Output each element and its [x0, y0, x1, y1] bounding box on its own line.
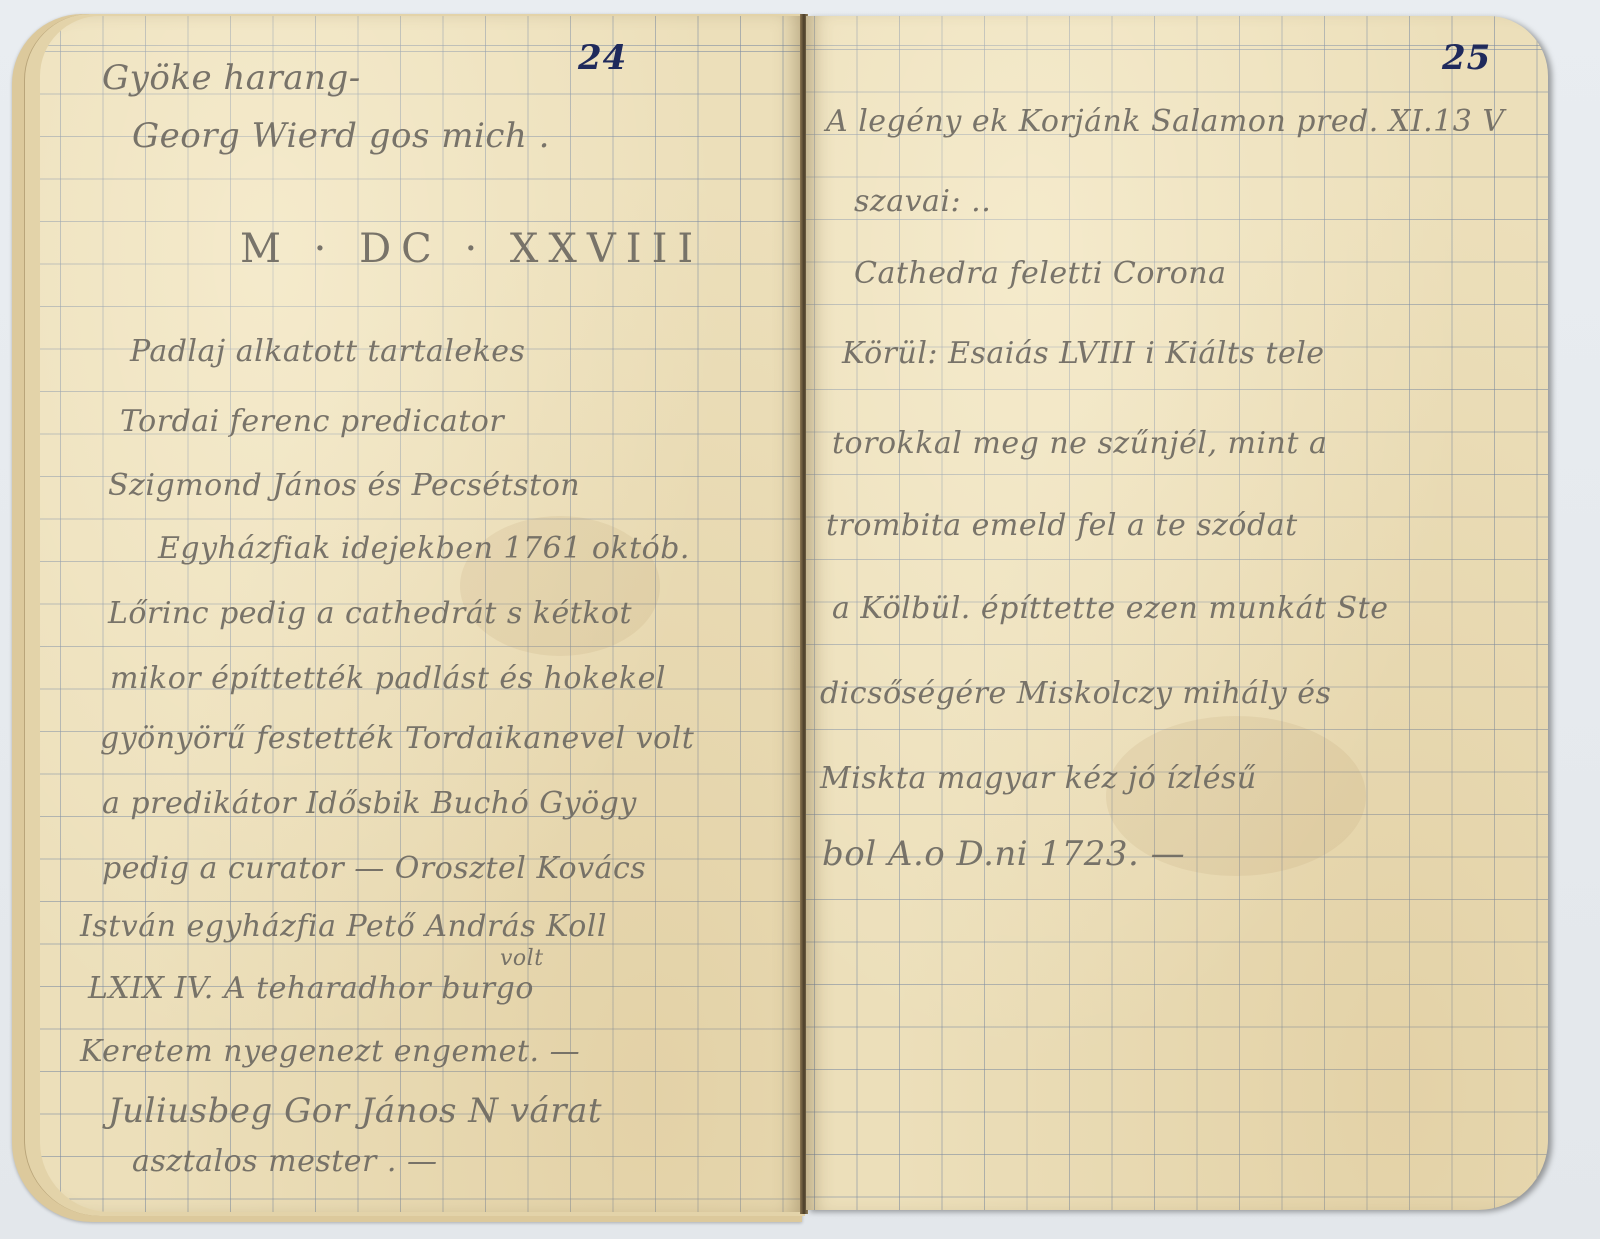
handwritten-line: Juliusbeg Gor János N várat: [108, 1091, 602, 1131]
handwritten-line: dicsőségére Miskolczy mihály és: [820, 676, 1331, 711]
notebook-scan: 24 Gyöke harang- Georg Wierd gos mich . …: [0, 0, 1600, 1239]
handwritten-line: mikor építtették padlást és hokekel: [110, 661, 666, 696]
handwritten-line: Keretem nyegenezt engemet. —: [80, 1034, 580, 1069]
handwritten-line: Egyházfiak idejekben 1761 októb.: [158, 531, 690, 566]
handwritten-line: Körül: Esaiás LVIII i Kiálts tele: [842, 336, 1325, 371]
handwritten-line: Gyöke harang-: [102, 58, 361, 98]
handwritten-line: Tordai ferenc predicator: [120, 404, 504, 439]
right-page: 25 A legény ek Korjánk Salamon pred. XI.…: [806, 16, 1548, 1210]
handwritten-line: trombita emeld fel a te szódat: [826, 508, 1298, 543]
handwritten-line: Miskta magyar kéz jó ízlésű: [820, 761, 1257, 796]
left-page: 24 Gyöke harang- Georg Wierd gos mich . …: [40, 16, 804, 1212]
handwritten-line: A legény ek Korjánk Salamon pred. XI.13 …: [826, 104, 1505, 139]
handwritten-line: bol A.o D.ni 1723. —: [822, 834, 1185, 874]
handwritten-line: szavai: ..: [854, 184, 991, 219]
handwritten-line: torokkal meg ne szűnjél, mint a: [832, 426, 1327, 461]
handwritten-line: Padlaj alkatott tartalekes: [130, 334, 525, 369]
page-number-right: 25: [1442, 38, 1491, 78]
handwritten-line: Szigmond János és Pecsétston: [108, 468, 580, 503]
handwritten-line: asztalos mester . —: [132, 1144, 437, 1179]
handwritten-line: gyönyörű festették Tordaikanevel volt: [100, 721, 694, 756]
handwritten-line: Cathedra feletti Corona: [854, 256, 1227, 291]
handwritten-line: a Kölbül. építtette ezen munkát Ste: [832, 591, 1388, 626]
handwritten-line: LXIX IV. A teharadhor burgo: [88, 971, 534, 1006]
handwritten-line: Lőrinc pedig a cathedrát s kétkot: [108, 596, 632, 631]
handwritten-line: a predikátor Idősbik Buchó Gyögy: [102, 786, 637, 821]
handwritten-line: Georg Wierd gos mich .: [132, 116, 550, 156]
handwritten-line: István egyházfia Pető András Koll: [80, 909, 607, 944]
handwritten-superscript: volt: [500, 946, 544, 971]
handwritten-line: pedig a curator — Orosztel Kovács: [102, 851, 646, 886]
handwritten-roman-date: M · DC · XXVIII: [240, 226, 703, 272]
page-number-left: 24: [578, 38, 627, 78]
